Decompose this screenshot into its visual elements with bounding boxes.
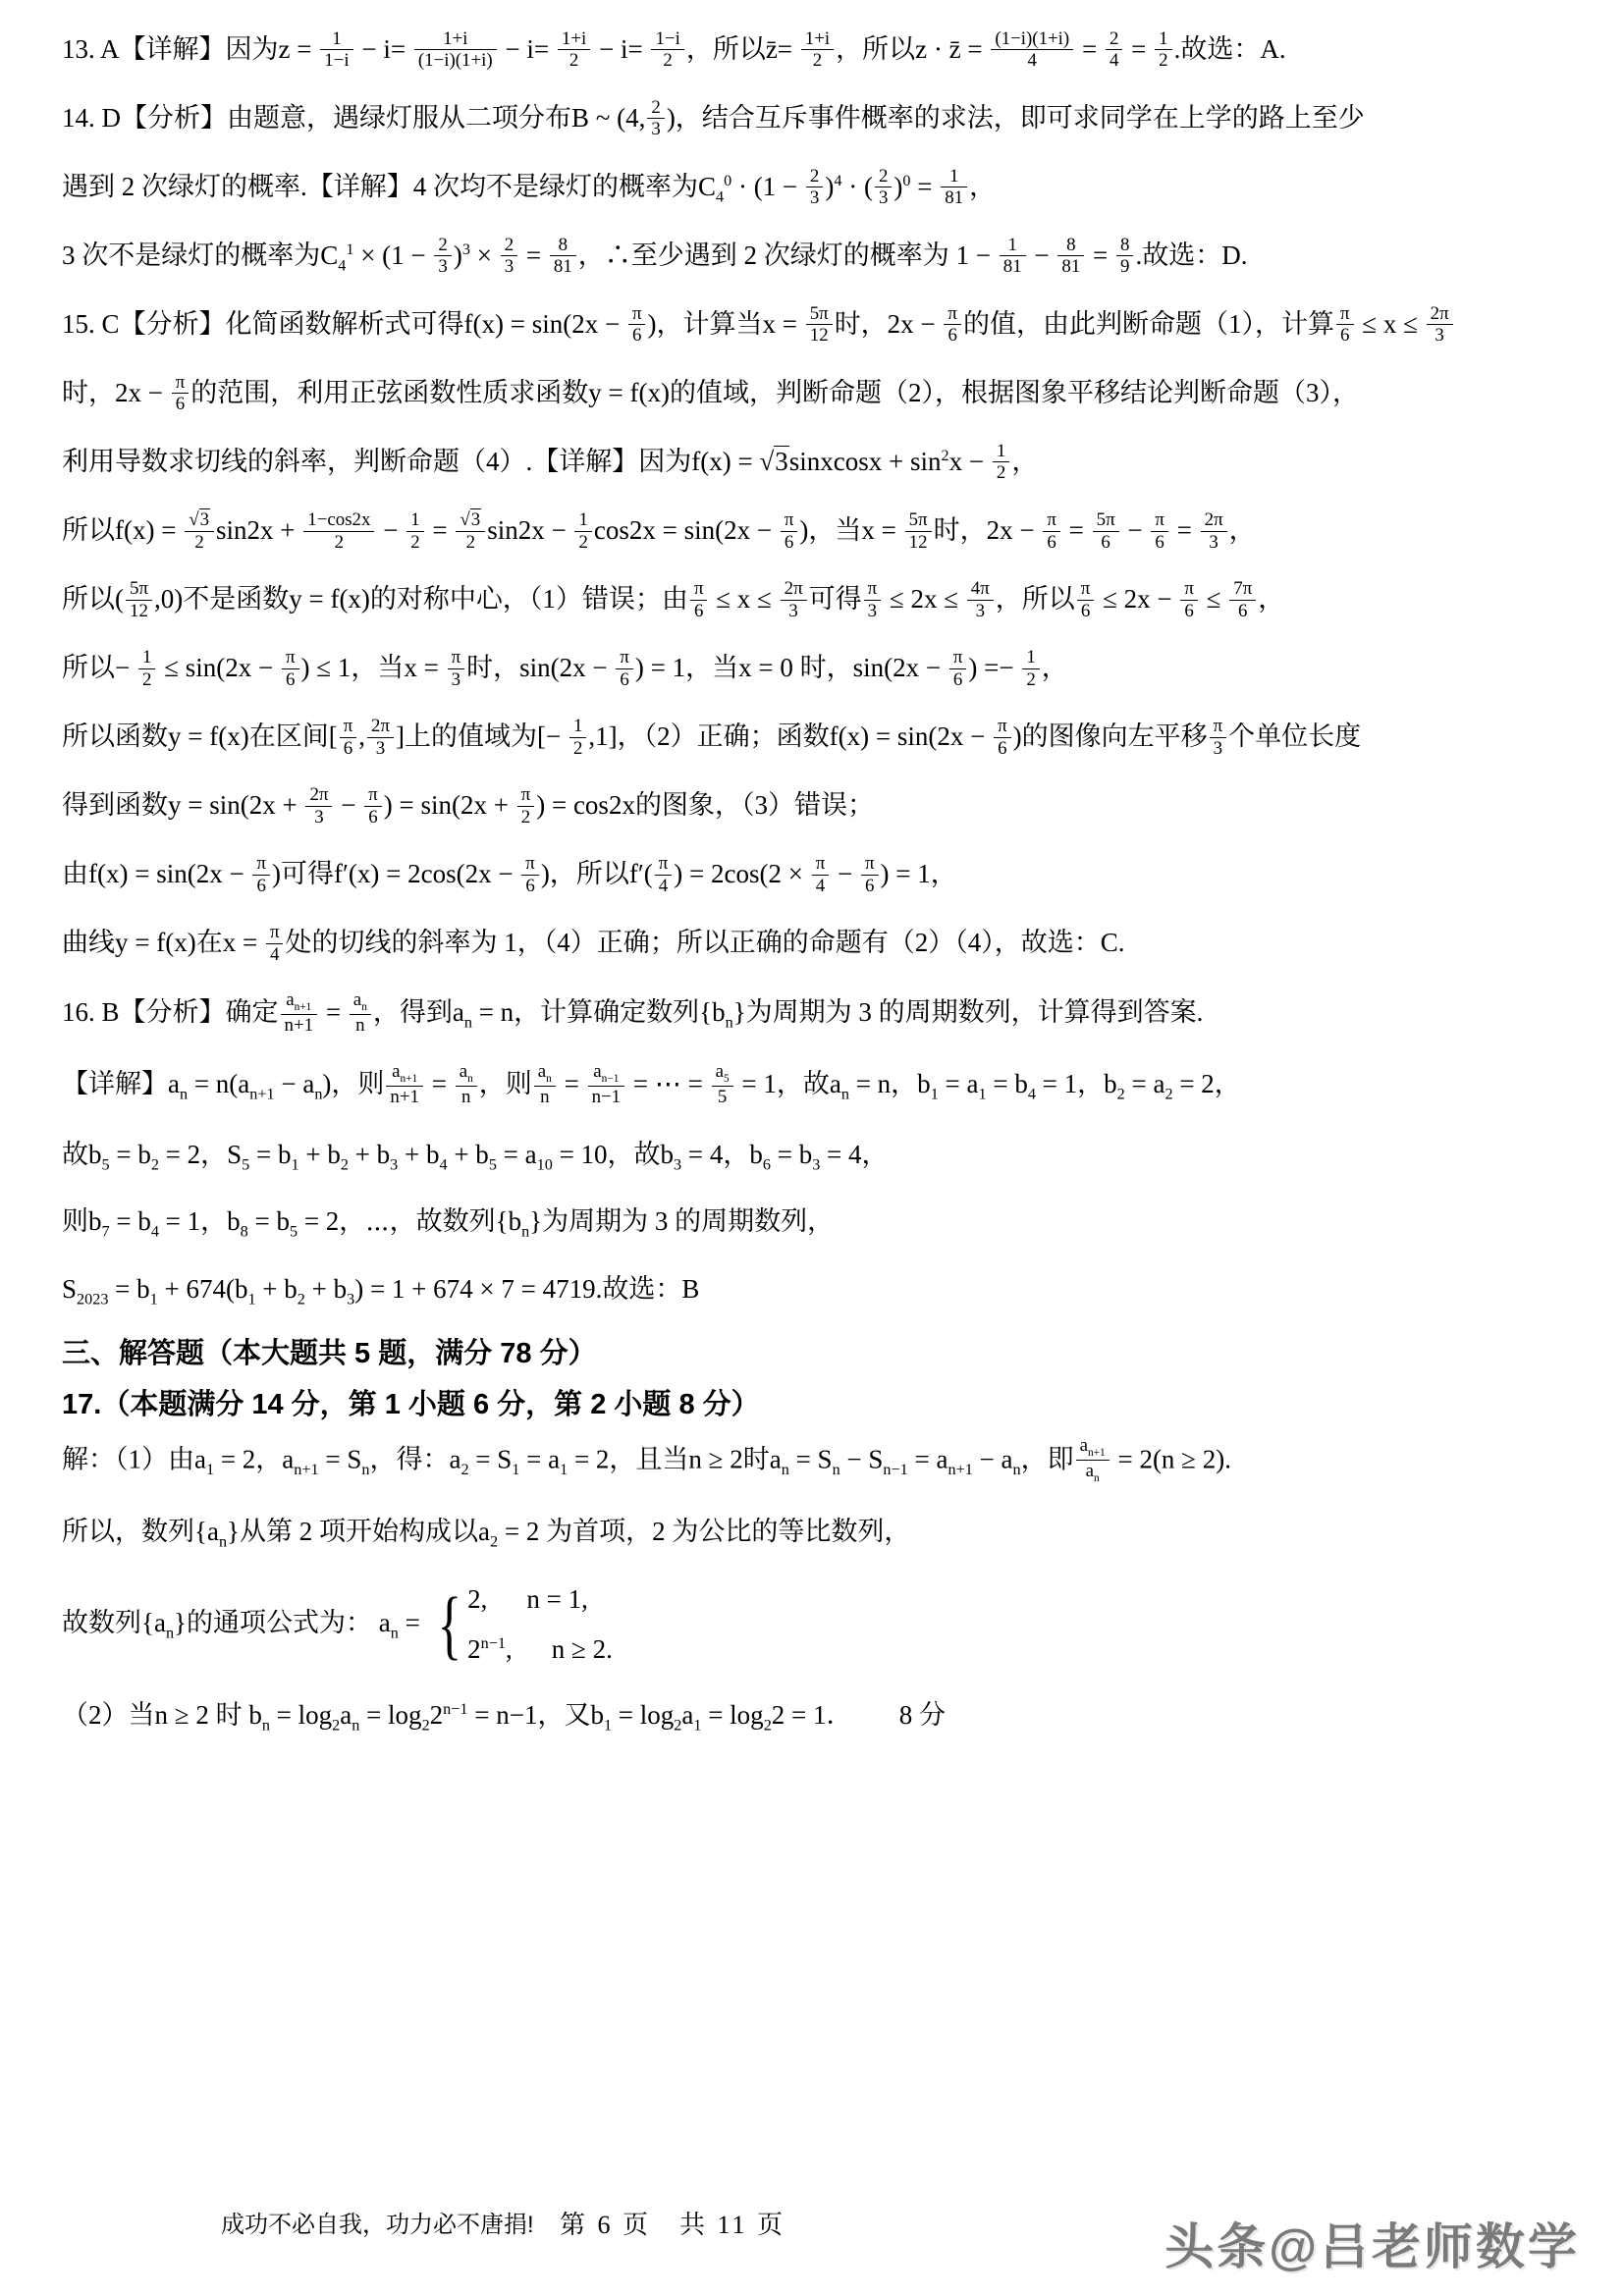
solution-line-15b: 时，2x − π6的范围，利用正弦函数性质求函数y = f(x)的值域，判断命题… (62, 373, 1567, 417)
solution-line-14c: 3 次不是绿灯的概率为C41 × (1 − 23)3 × 23 = 881，∴至… (62, 236, 1567, 280)
solution-line-16b: 【详解】an = n(an+1 − an)，则an+1n+1 = ann，则an… (62, 1063, 1567, 1110)
solution-line-17a: 解：（1）由a1 = 2，an+1 = Sn，得：a2 = S1 = a1 = … (62, 1437, 1567, 1487)
solution-line-16e: S2023 = b1 + 674(b1 + b2 + b3) = 1 + 674… (62, 1269, 1567, 1312)
solution-line-17d: （2）当n ≥ 2 时 bn = log2an = log22n−1 = n−1… (62, 1695, 1567, 1738)
left-brace: { (437, 1590, 460, 1659)
solution-line-15d: 所以f(x) = √32sin2x + 1−cos2x2 − 12 = √32s… (62, 510, 1567, 555)
footer-motto: 成功不必自我，功力必不唐捐! (221, 2205, 534, 2239)
solution-line-15i: 由f(x) = sin(2x − π6)可得f′(x) = 2cos(2x − … (62, 854, 1567, 898)
solution-line-14a: 14. D【分析】由题意，遇绿灯服从二项分布B ~ (4,23)，结合互斥事件概… (62, 98, 1567, 142)
solution-line-17c: 故数列{an}的通项公式为： an = {2,n = 1,2n−1,n ≥ 2. (62, 1579, 1567, 1672)
piecewise-case: 2,n = 1, (467, 1579, 613, 1621)
solution-line-17b: 所以，数列{an}从第 2 项开始构成以a2 = 2 为首项，2 为公比的等比数… (62, 1512, 1567, 1555)
section-heading: 三、解答题（本大题共 5 题，满分 78 分） (62, 1336, 1567, 1373)
piecewise-formula: {2,n = 1,2n−1,n ≥ 2. (427, 1579, 613, 1672)
solution-line-15j: 曲线y = f(x)在x = π4处的切线的斜率为 1，（4）正确；所以正确的命… (62, 923, 1567, 967)
solution-line-16a: 16. B【分析】确定an+1n+1 = ann，得到an = n，计算确定数列… (62, 991, 1567, 1039)
solution-line-15g: 所以函数y = f(x)在区间[π6,2π3]上的值域为[− 12,1]，（2）… (62, 717, 1567, 761)
solution-line-13: 13. A【详解】因为z = 11−i − i= 1+i(1−i)(1+i) −… (62, 29, 1567, 74)
watermark-author: 头条@吕老师数学 (1164, 2208, 1580, 2278)
solution-line-14b: 遇到 2 次绿灯的概率.【详解】4 次均不是绿灯的概率为C40 · (1 − 2… (62, 167, 1567, 211)
answer-sheet-page: { "content": [ {"type":"math","name":"so… (0, 0, 1624, 2296)
solution-line-15e: 所以(5π12,0)不是函数y = f(x)的对称中心，（1）错误；由π6 ≤ … (62, 579, 1567, 623)
solutions-content: 13. A【详解】因为z = 11−i − i= 1+i(1−i)(1+i) −… (0, 0, 1624, 1738)
solution-line-15f: 所以− 12 ≤ sin(2x − π6) ≤ 1，当x = π3时，sin(2… (62, 648, 1567, 692)
solution-line-15h: 得到函数y = sin(2x + 2π3 − π6) = sin(2x + π2… (62, 785, 1567, 829)
piecewise-case: 2n−1,n ≥ 2. (467, 1629, 613, 1671)
solution-line-15a: 15. C【分析】化简函数解析式可得f(x) = sin(2x − π6)，计算… (62, 304, 1567, 348)
solution-line-16d: 则b7 = b4 = 1，b8 = b5 = 2，⋯，故数列{bn}为周期为 3… (62, 1201, 1567, 1245)
footer-page-indicator: 第 6 页 共 11 页 (560, 2205, 785, 2241)
problem-17-heading: 17.（本题满分 14 分，第 1 小题 6 分，第 2 小题 8 分） (62, 1387, 1567, 1424)
solution-line-15c: 利用导数求切线的斜率，判断命题（4）.【详解】因为f(x) = √3sinxco… (62, 442, 1567, 486)
solution-line-16c: 故b5 = b2 = 2，S5 = b1 + b2 + b3 + b4 + b5… (62, 1135, 1567, 1178)
